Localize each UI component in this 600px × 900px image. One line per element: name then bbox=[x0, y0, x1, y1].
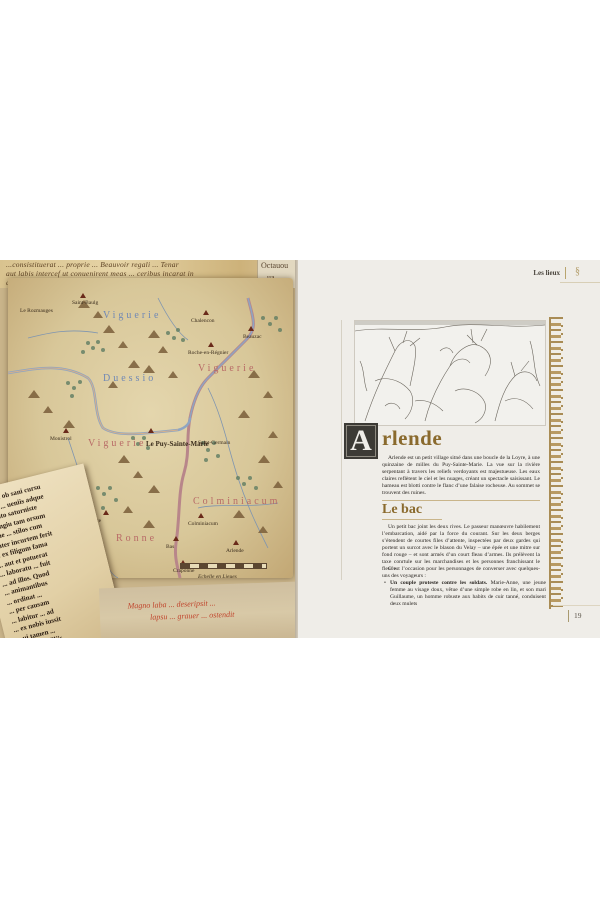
town-marker-icon bbox=[248, 326, 254, 331]
map-town-label: Bas bbox=[166, 544, 174, 550]
town-marker-icon bbox=[80, 293, 86, 298]
left-page-map-collage: ...consistituerat ... proprie ... Beauvo… bbox=[0, 260, 295, 638]
map-town-label: Monistrol bbox=[50, 436, 72, 442]
illuminated-dropcap: A bbox=[344, 423, 378, 459]
town-marker-icon bbox=[103, 510, 109, 515]
page-number: 19 bbox=[574, 611, 582, 620]
rubric-text: Magno laba ... deseripsit ... bbox=[127, 598, 215, 610]
rubric-text: lapsu ... grauer ... ostendit bbox=[150, 610, 235, 622]
town-marker-icon bbox=[198, 513, 204, 518]
town-marker-icon bbox=[173, 536, 179, 541]
fragment-text: Octauou bbox=[261, 261, 288, 270]
parchment-text-line: ...consistituerat ... proprie ... Beauvo… bbox=[6, 260, 179, 269]
bullet-item: Un couple proteste contre les soldats. M… bbox=[384, 580, 546, 608]
border-dot-pattern bbox=[561, 317, 563, 609]
map-town-label: Le Rozmauges bbox=[20, 308, 53, 314]
map-town-label: Roche-en-Régnier bbox=[188, 350, 228, 356]
footer-rule bbox=[553, 605, 600, 606]
town-marker-icon bbox=[148, 428, 154, 433]
map-region-label: Viguerie bbox=[198, 363, 256, 374]
page-title: rlende bbox=[382, 426, 442, 451]
frame-rule-left bbox=[341, 320, 342, 580]
town-marker-icon bbox=[208, 342, 214, 347]
map-region-label: Viguerie bbox=[103, 310, 161, 321]
map-town-label: Beauzac bbox=[243, 334, 262, 340]
parchment-text-line: aut labis intercef ut conuenirent meas .… bbox=[6, 269, 194, 278]
section-ornament-icon: § bbox=[575, 266, 580, 277]
book-spread: ...consistituerat ... proprie ... Beauvo… bbox=[0, 260, 600, 638]
border-scroll-pattern bbox=[549, 317, 561, 609]
map-region-label: Duessio bbox=[103, 373, 156, 384]
section-divider bbox=[382, 500, 540, 501]
bullet-lead: Un couple proteste contre les soldats. bbox=[390, 580, 487, 586]
map-region-label: Colminiacum bbox=[193, 496, 280, 507]
town-marker-icon bbox=[63, 428, 69, 433]
map-town-label: Colminiacum bbox=[188, 521, 218, 527]
running-head-divider bbox=[565, 267, 566, 279]
bottom-parchment-fragment: Magno laba ... deseripsit ... lapsu ... … bbox=[99, 582, 295, 638]
running-head: Les lieux bbox=[533, 269, 560, 277]
map-region-label: Viguerie bbox=[88, 438, 146, 449]
town-marker-icon bbox=[233, 540, 239, 545]
map-town-label: Saint-Germain bbox=[198, 440, 230, 446]
map-town-label: Saint-Baulg bbox=[72, 300, 98, 306]
map-region-label: Ronne bbox=[116, 533, 157, 544]
map-scale-bar bbox=[180, 563, 267, 569]
woodcut-demons-illustration bbox=[354, 320, 546, 426]
running-head-rule bbox=[560, 282, 600, 283]
right-page-text: Les lieux § bbox=[298, 260, 600, 638]
decorative-border-ornament bbox=[547, 317, 563, 609]
town-marker-icon bbox=[203, 310, 209, 315]
section-title: Le bac bbox=[382, 502, 422, 518]
intro-paragraph: Arlende est un petit village sitné dans … bbox=[382, 455, 540, 497]
body-paragraph: C’est l’occasion pour les personnages de… bbox=[382, 566, 540, 580]
map-town-label: Arlende bbox=[226, 548, 244, 554]
map-scale-label: Echelle en Lieues bbox=[198, 574, 237, 580]
folio-divider bbox=[568, 610, 569, 622]
map-town-label: Chalencon bbox=[191, 318, 215, 324]
section-title-underline bbox=[382, 519, 442, 520]
demons-engraving-icon bbox=[355, 321, 545, 425]
